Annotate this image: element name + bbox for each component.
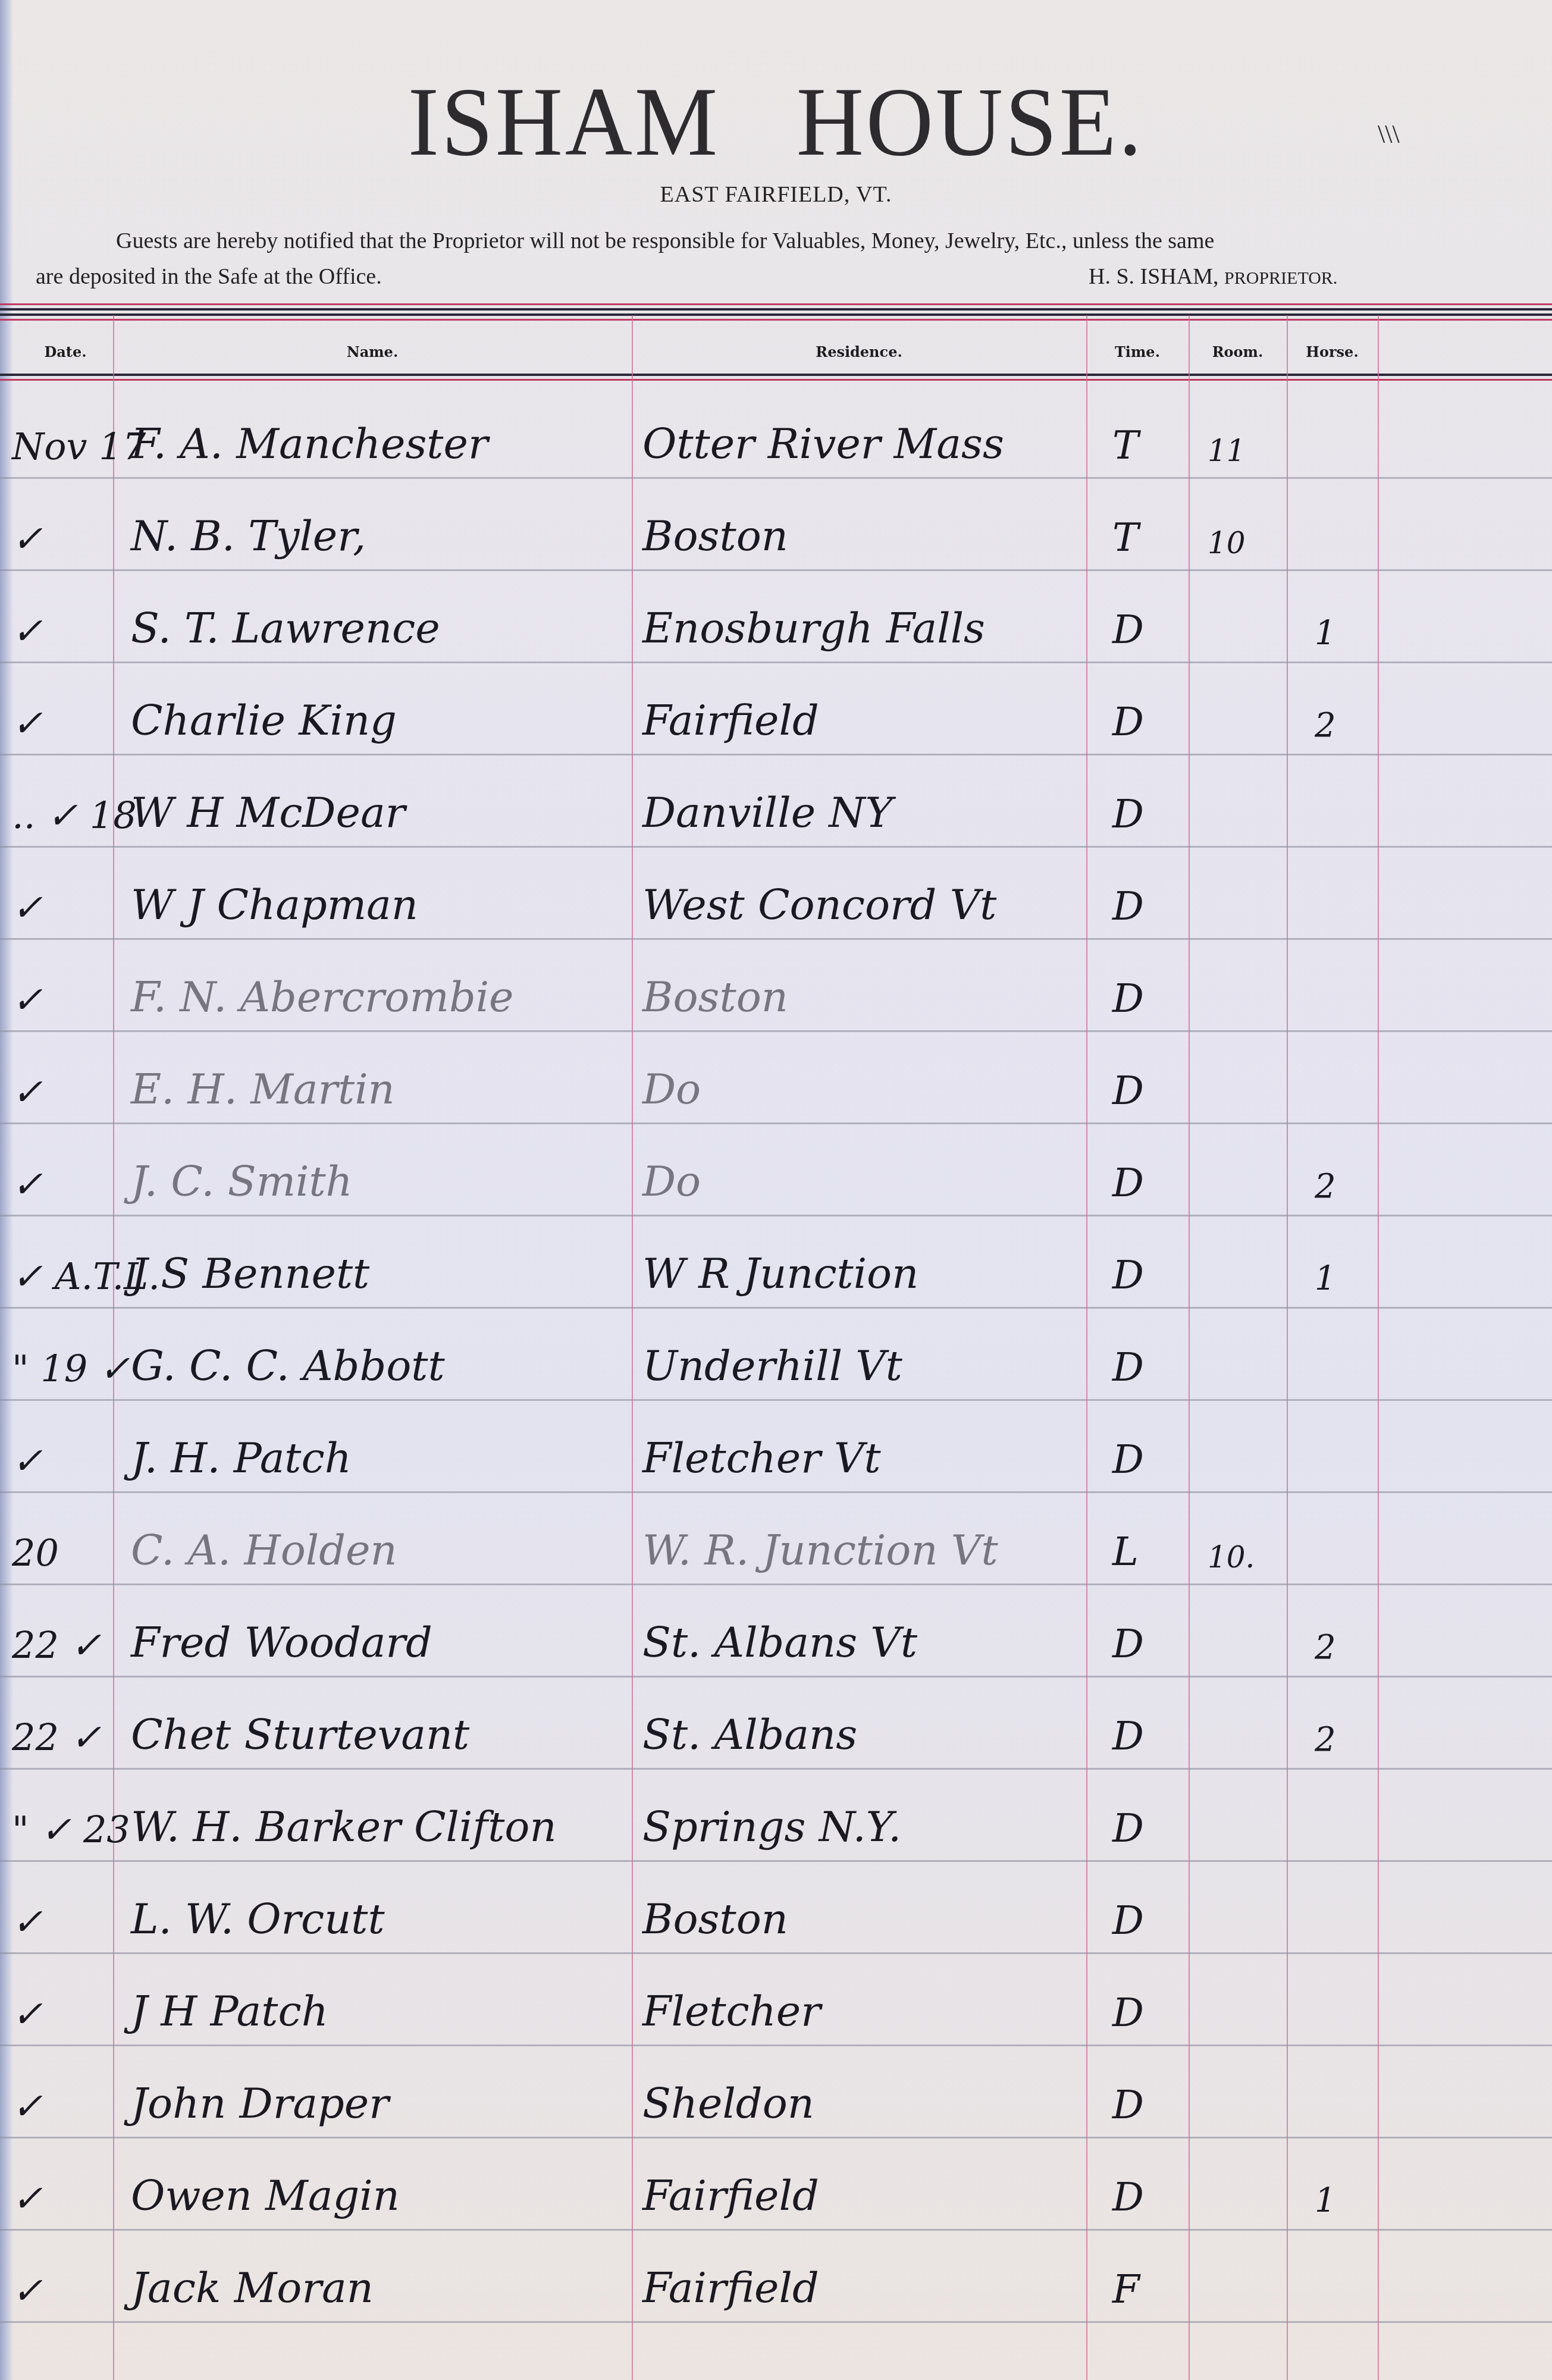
entry-name: F. N. Abercrombie <box>131 973 514 1021</box>
table-row: " 19 ✓G. C. C. AbbottUnderhill VtD <box>0 1312 1552 1401</box>
entry-time: D <box>1112 1621 1144 1667</box>
entry-residence: Springs N.Y. <box>642 1802 901 1851</box>
entry-residence: Boston <box>642 1895 788 1943</box>
entry-time: F <box>1112 2266 1140 2312</box>
header-bottom-rules <box>0 374 1552 384</box>
corner-pencil-mark: \\\ <box>1378 119 1400 149</box>
entry-time: D <box>1112 883 1144 929</box>
entry-horse: 1 <box>1315 2181 1336 2220</box>
page-title: ISHAM HOUSE. <box>39 65 1513 178</box>
notice-line-2: are deposited in the Safe at the Office. <box>36 264 382 290</box>
table-row: 20C. A. HoldenW. R. Junction VtL10. <box>0 1496 1552 1585</box>
entry-date: 20 <box>12 1531 113 1575</box>
entry-name: J. H. Patch <box>131 1434 352 1482</box>
entry-date: .. ✓ 18 <box>12 794 113 837</box>
entry-name: John Draper <box>131 2079 389 2128</box>
entry-residence: Otter River Mass <box>642 419 1004 468</box>
table-row: ✓J. C. SmithDoD2 <box>0 1127 1552 1216</box>
table-row: ✓ A.T.L.J S BennettW R JunctionD1 <box>0 1219 1552 1309</box>
table-row: .. ✓ 18W H McDearDanville NYD <box>0 758 1552 848</box>
table-row: ✓J H PatchFletcherD <box>0 1957 1552 2046</box>
entry-residence: St. Albans Vt <box>642 1618 917 1667</box>
entry-name: Chet Sturtevant <box>131 1710 469 1759</box>
entry-residence: W R Junction <box>642 1249 918 1298</box>
table-row: ✓F. N. AbercrombieBostonD <box>0 943 1552 1032</box>
table-row: Nov 17F. A. ManchesterOtter River MassT1… <box>0 390 1552 479</box>
entry-residence: Enosburgh Falls <box>642 604 985 653</box>
entry-residence: Boston <box>642 512 788 560</box>
entry-residence: Underhill Vt <box>642 1341 902 1390</box>
entry-name: E. H. Martin <box>131 1065 395 1114</box>
table-row: ✓L. W. OrcuttBostonD <box>0 1865 1552 1954</box>
entry-horse: 2 <box>1315 1628 1336 1667</box>
entry-name: Fred Woodard <box>131 1618 432 1667</box>
entry-time: D <box>1112 699 1144 745</box>
entry-date: ✓ <box>12 1070 113 1114</box>
table-row: ✓Owen MaginFairfieldD1 <box>0 2141 1552 2231</box>
entry-name: N. B. Tyler, <box>131 512 366 560</box>
column-header-date: Date. <box>24 343 107 360</box>
entry-horse: 1 <box>1315 1259 1336 1298</box>
hotel-location: EAST FAIRFIELD, VT. <box>0 181 1552 208</box>
column-header-name: Name. <box>113 343 632 360</box>
entry-date: ✓ <box>12 2177 113 2220</box>
entry-horse: 2 <box>1315 706 1336 745</box>
table-row: ✓J. H. PatchFletcher VtD <box>0 1404 1552 1493</box>
register-page: ISHAM HOUSE. \\\ EAST FAIRFIELD, VT. Gue… <box>0 0 1552 2380</box>
table-row: ✓Charlie KingFairfieldD2 <box>0 666 1552 755</box>
entry-name: F. A. Manchester <box>131 419 488 468</box>
entry-time: D <box>1112 2082 1144 2128</box>
column-header-residence: Residence. <box>632 343 1086 360</box>
entry-time: D <box>1112 1713 1144 1759</box>
entry-date: ✓ <box>12 1992 113 2036</box>
entry-residence: Sheldon <box>642 2079 814 2128</box>
entry-residence: Fletcher Vt <box>642 1434 881 1482</box>
entry-time: D <box>1112 1898 1144 1943</box>
entry-time: D <box>1112 976 1144 1021</box>
entry-name: G. C. C. Abbott <box>131 1341 445 1390</box>
entry-date: ✓ A.T.L. <box>12 1255 113 1298</box>
column-header-time: Time. <box>1086 343 1189 360</box>
entry-date: 22 ✓ <box>12 1716 113 1759</box>
entry-time: D <box>1112 1252 1144 1298</box>
entry-time: D <box>1112 1160 1144 1206</box>
entry-name: C. A. Holden <box>131 1526 397 1575</box>
entry-date: 22 ✓ <box>12 1623 113 1667</box>
entry-residence: Boston <box>642 973 788 1021</box>
proprietor-title: PROPRIETOR. <box>1224 268 1337 288</box>
proprietor-signature: H. S. ISHAM, PROPRIETOR. <box>1089 264 1337 290</box>
entry-residence: Danville NY <box>642 788 893 837</box>
entry-residence: Do <box>642 1065 701 1114</box>
notice-line-1: Guests are hereby notified that the Prop… <box>116 228 1214 254</box>
table-row: ✓John DraperSheldonD <box>0 2049 1552 2138</box>
entry-date: " 19 ✓ <box>12 1347 113 1390</box>
entry-date: ✓ <box>12 978 113 1021</box>
table-row: ✓S. T. LawrenceEnosburgh FallsD1 <box>0 574 1552 663</box>
entry-date: ✓ <box>12 1439 113 1482</box>
table-row: ✓Jack MoranFairfieldF <box>0 2234 1552 2323</box>
entry-date: ✓ <box>12 701 113 745</box>
proprietor-name: H. S. ISHAM, <box>1089 264 1219 289</box>
entry-time: L <box>1112 1529 1139 1575</box>
entry-name: Owen Magin <box>131 2171 400 2220</box>
entry-residence: Fletcher <box>642 1987 821 2036</box>
entry-name: Jack Moran <box>131 2263 374 2312</box>
entry-time: D <box>1112 1344 1144 1390</box>
entry-time: D <box>1112 607 1144 653</box>
entry-room: 10 <box>1208 526 1246 560</box>
title-word-house: HOUSE. <box>797 65 1145 178</box>
entry-horse: 2 <box>1315 1167 1336 1206</box>
entry-time: D <box>1112 1068 1144 1114</box>
table-row: " ✓ 23W. H. Barker CliftonSprings N.Y.D <box>0 1773 1552 1862</box>
entry-room: 11 <box>1208 434 1246 468</box>
entry-residence: St. Albans <box>642 1710 857 1759</box>
entry-residence: Fairfield <box>642 2263 819 2312</box>
column-header-horse: Horse. <box>1287 343 1378 360</box>
entry-time: T <box>1112 422 1139 468</box>
table-row: ✓E. H. MartinDoD <box>0 1035 1552 1124</box>
entry-residence: Do <box>642 1157 701 1206</box>
entry-residence: W. R. Junction Vt <box>642 1526 998 1575</box>
entry-name: J S Bennett <box>131 1249 369 1298</box>
header-top-rules <box>0 303 1552 324</box>
entry-date: ✓ <box>12 517 113 560</box>
entry-horse: 1 <box>1315 614 1336 653</box>
entry-time: T <box>1112 515 1139 560</box>
table-row: 22 ✓Fred WoodardSt. Albans VtD2 <box>0 1588 1552 1677</box>
entry-date: ✓ <box>12 886 113 929</box>
entry-date: " ✓ 23 <box>12 1808 113 1851</box>
entry-date: Nov 17 <box>12 425 113 468</box>
entry-name: W. H. Barker Clifton <box>131 1802 557 1851</box>
entry-residence: Fairfield <box>642 2171 819 2220</box>
entry-time: D <box>1112 1437 1144 1482</box>
table-row: ✓N. B. Tyler,BostonT10 <box>0 482 1552 571</box>
entry-date: ✓ <box>12 2269 113 2312</box>
entry-name: J H Patch <box>131 1987 328 2036</box>
entry-room: 10. <box>1208 1540 1255 1575</box>
entry-time: D <box>1112 1805 1144 1851</box>
table-row: ✓W J ChapmanWest Concord VtD <box>0 851 1552 940</box>
entry-name: S. T. Lawrence <box>131 604 440 653</box>
entry-name: W H McDear <box>131 788 405 837</box>
entry-horse: 2 <box>1315 1720 1336 1759</box>
entry-residence: Fairfield <box>642 696 819 745</box>
entry-name: W J Chapman <box>131 880 418 929</box>
column-header-row: Date. Name. Residence. Time. Room. Horse… <box>0 336 1552 366</box>
title-word-isham: ISHAM <box>408 65 720 178</box>
table-row: 22 ✓Chet SturtevantSt. AlbansD2 <box>0 1680 1552 1770</box>
column-header-room: Room. <box>1189 343 1287 360</box>
entry-date: ✓ <box>12 1162 113 1206</box>
entry-date: ✓ <box>12 609 113 653</box>
entry-time: D <box>1112 791 1144 837</box>
entry-name: Charlie King <box>131 696 397 745</box>
entry-residence: West Concord Vt <box>642 880 996 929</box>
entry-time: D <box>1112 1990 1144 2036</box>
entry-date: ✓ <box>12 2084 113 2128</box>
entry-time: D <box>1112 2174 1144 2220</box>
entry-name: J. C. Smith <box>131 1157 353 1206</box>
entry-name: L. W. Orcutt <box>131 1895 385 1943</box>
entry-date: ✓ <box>12 1900 113 1943</box>
